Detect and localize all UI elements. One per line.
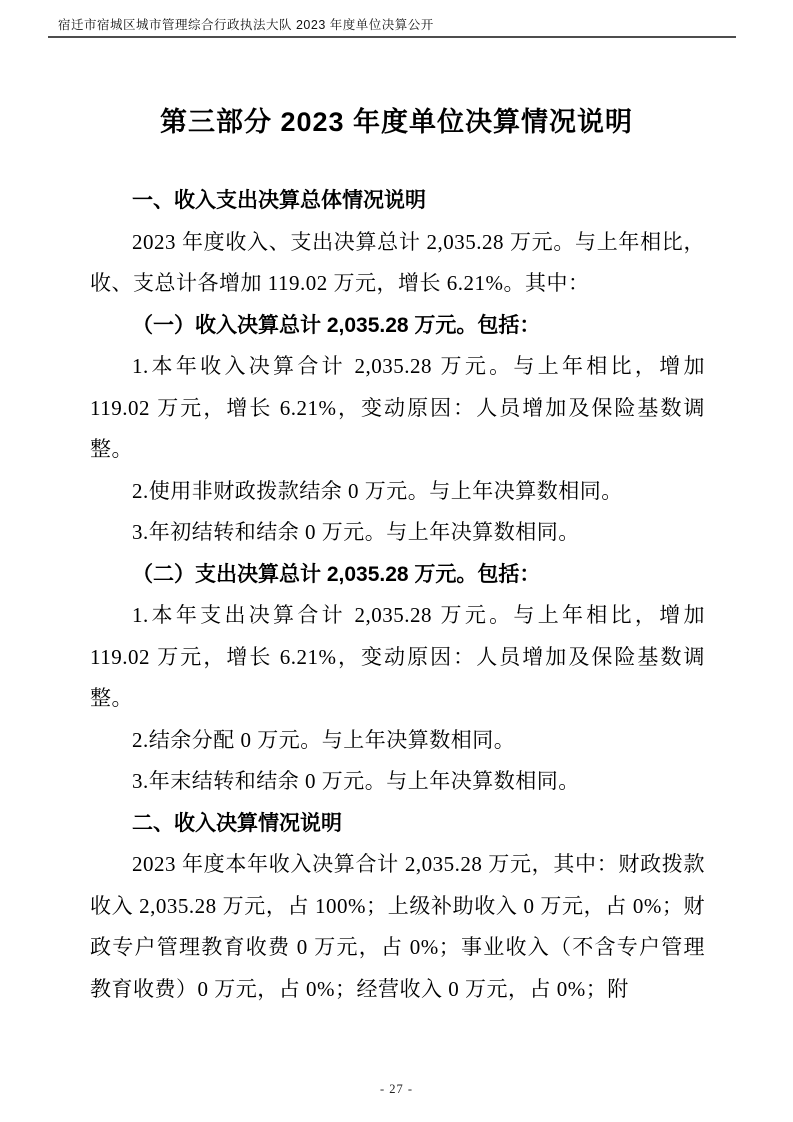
section-heading-income-expenditure-overview: 一、收入支出决算总体情况说明 xyxy=(90,180,705,222)
document-body: 一、收入支出决算总体情况说明 2023 年度收入、支出决算总计 2,035.28… xyxy=(90,180,705,1010)
document-page: { "header": { "text": "宿迁市宿城区城市管理综合行政执法大… xyxy=(0,0,793,1122)
section-heading-income-statement: 二、收入决算情况说明 xyxy=(90,803,705,845)
page-title: 第三部分 2023 年度单位决算情况说明 xyxy=(0,104,793,140)
para-overview-totals: 2023 年度收入、支出决算总计 2,035.28 万元。与上年相比，收、支总计… xyxy=(90,222,705,305)
para-expenditure-item-2-surplus-distribution: 2.结余分配 0 万元。与上年决算数相同。 xyxy=(90,720,705,762)
para-expenditure-item-3-yearend-carryover: 3.年末结转和结余 0 万元。与上年决算数相同。 xyxy=(90,761,705,803)
para-expenditure-item-1-current-year: 1.本年支出决算合计 2,035.28 万元。与上年相比，增加 119.02 万… xyxy=(90,595,705,720)
page-number: - 27 - xyxy=(0,1082,793,1097)
subheading-income-decision-total: （一）收入决算总计 2,035.28 万元。包括： xyxy=(90,305,705,347)
running-header: 宿迁市宿城区城市管理综合行政执法大队 2023 年度单位决算公开 xyxy=(48,15,736,38)
subheading-expenditure-decision-total: （二）支出决算总计 2,035.28 万元。包括： xyxy=(90,554,705,596)
para-income-breakdown: 2023 年度本年收入决算合计 2,035.28 万元，其中：财政拨款收入 2,… xyxy=(90,844,705,1010)
para-income-item-1-current-year: 1.本年收入决算合计 2,035.28 万元。与上年相比，增加 119.02 万… xyxy=(90,346,705,471)
para-income-item-2-nonfiscal-balance: 2.使用非财政拨款结余 0 万元。与上年决算数相同。 xyxy=(90,471,705,513)
para-income-item-3-opening-carryover: 3.年初结转和结余 0 万元。与上年决算数相同。 xyxy=(90,512,705,554)
